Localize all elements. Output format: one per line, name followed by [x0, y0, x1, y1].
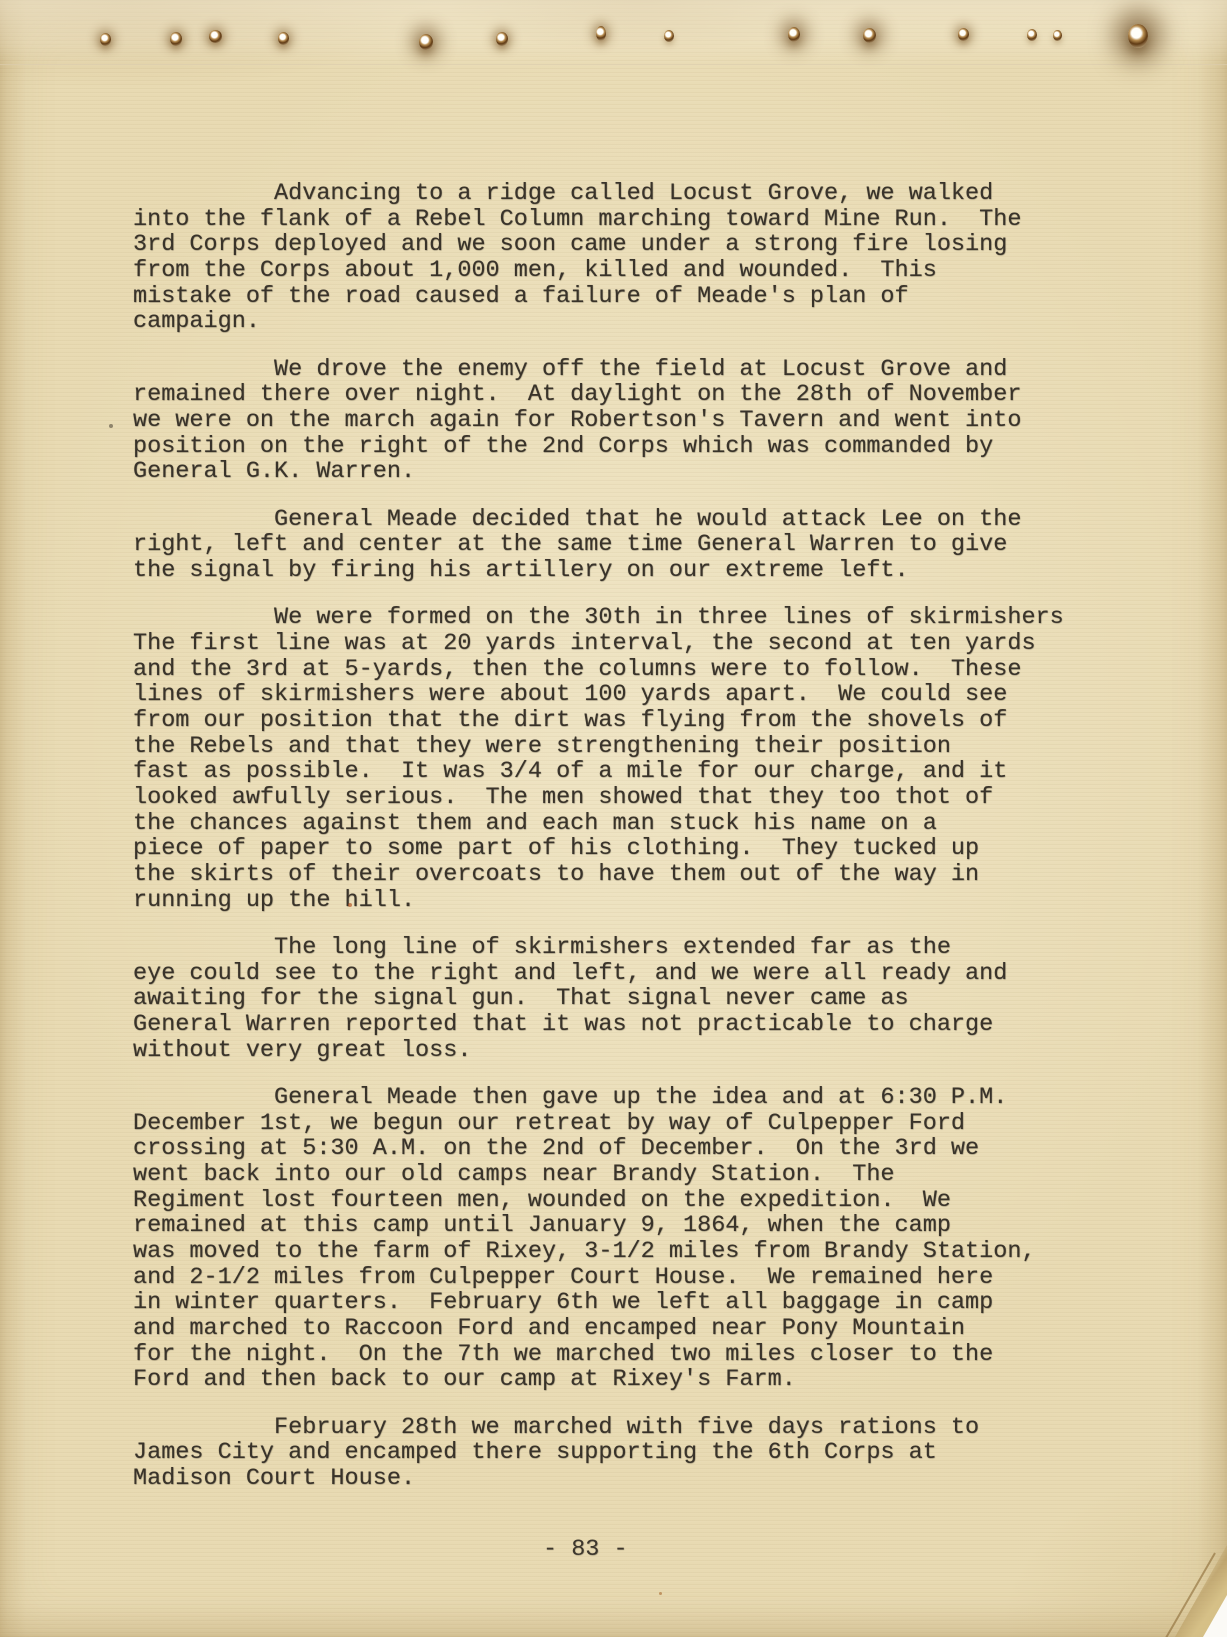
binding-hole	[958, 28, 969, 41]
binding-hole	[1027, 29, 1037, 41]
paragraph: We drove the enemy off the field at Locu…	[133, 357, 1064, 485]
text-line: running up the hill.	[133, 888, 1064, 914]
text-line: lines of skirmishers were about 100 yard…	[133, 682, 1064, 708]
text-line: Advancing to a ridge called Locust Grove…	[133, 181, 1064, 207]
text-line: Regiment lost fourteen men, wounded on t…	[133, 1188, 1064, 1214]
binding-hole	[1128, 24, 1148, 48]
paragraph: General Meade decided that he would atta…	[133, 507, 1064, 584]
text-line: the chances against them and each man st…	[133, 811, 1064, 837]
binding-hole	[596, 26, 606, 41]
text-line: General Meade decided that he would atta…	[133, 507, 1064, 533]
rust-speck	[348, 903, 352, 907]
binding-hole	[1053, 30, 1062, 41]
text-line: we were on the march again for Robertson…	[133, 408, 1064, 434]
typewritten-text: Advancing to a ridge called Locust Grove…	[133, 181, 1064, 1492]
text-line: crossing at 5:30 A.M. on the 2nd of Dece…	[133, 1136, 1064, 1162]
text-line: February 28th we marched with five days …	[133, 1415, 1064, 1441]
binding-hole	[496, 32, 508, 46]
text-line: remained there over night. At daylight o…	[133, 382, 1064, 408]
binding-hole	[170, 32, 182, 46]
text-line: without very great loss.	[133, 1038, 1064, 1064]
text-line: campaign.	[133, 309, 1064, 335]
text-line: mistake of the road caused a failure of …	[133, 284, 1064, 310]
stray-ink-dot	[109, 424, 113, 428]
rust-speck	[659, 1592, 662, 1595]
paragraph: General Meade then gave up the idea and …	[133, 1085, 1064, 1393]
text-line: went back into our old camps near Brandy…	[133, 1162, 1064, 1188]
text-line: from the Corps about 1,000 men, killed a…	[133, 258, 1064, 284]
text-line: General Warren reported that it was not …	[133, 1012, 1064, 1038]
text-line: right, left and center at the same time …	[133, 532, 1064, 558]
text-line: was moved to the farm of Rixey, 3-1/2 mi…	[133, 1239, 1064, 1265]
binding-crease	[0, 0, 1227, 65]
scanned-document-page: Advancing to a ridge called Locust Grove…	[0, 0, 1227, 1637]
text-line: The first line was at 20 yards interval,…	[133, 631, 1064, 657]
text-line: remained at this camp until January 9, 1…	[133, 1213, 1064, 1239]
text-line: from our position that the dirt was flyi…	[133, 708, 1064, 734]
text-line: eye could see to the right and left, and…	[133, 961, 1064, 987]
text-line: and the 3rd at 5-yards, then the columns…	[133, 657, 1064, 683]
binding-hole	[419, 34, 433, 50]
text-line: the Rebels and that they were strengthen…	[133, 734, 1064, 760]
binding-hole	[788, 27, 800, 42]
text-line: We were formed on the 30th in three line…	[133, 605, 1064, 631]
text-line: piece of paper to some part of his cloth…	[133, 836, 1064, 862]
text-line: fast as possible. It was 3/4 of a mile f…	[133, 759, 1064, 785]
text-line: for the night. On the 7th we marched two…	[133, 1342, 1064, 1368]
paragraph: Advancing to a ridge called Locust Grove…	[133, 181, 1064, 335]
text-line: awaiting for the signal gun. That signal…	[133, 986, 1064, 1012]
text-line: looked awfully serious. The men showed t…	[133, 785, 1064, 811]
text-line: We drove the enemy off the field at Locu…	[133, 357, 1064, 383]
binding-hole	[664, 30, 674, 42]
text-line: and marched to Raccoon Ford and encamped…	[133, 1316, 1064, 1342]
text-line: the signal by firing his artillery on ou…	[133, 558, 1064, 584]
binding-hole	[100, 33, 111, 46]
binding-hole	[863, 28, 876, 43]
binding-hole	[209, 30, 222, 43]
text-line: Ford and then back to our camp at Rixey'…	[133, 1367, 1064, 1393]
page-number: - 83 -	[543, 1537, 628, 1563]
text-line: the skirts of their overcoats to have th…	[133, 862, 1064, 888]
text-line: General G.K. Warren.	[133, 459, 1064, 485]
text-line: and 2-1/2 miles from Culpepper Court Hou…	[133, 1265, 1064, 1291]
text-line: Madison Court House.	[133, 1466, 1064, 1492]
paragraph: February 28th we marched with five days …	[133, 1415, 1064, 1492]
paragraph: We were formed on the 30th in three line…	[133, 605, 1064, 913]
text-line: James City and encamped there supporting…	[133, 1440, 1064, 1466]
text-line: December 1st, we begun our retreat by wa…	[133, 1111, 1064, 1137]
text-line: in winter quarters. February 6th we left…	[133, 1290, 1064, 1316]
binding-hole	[278, 32, 289, 45]
text-line: General Meade then gave up the idea and …	[133, 1085, 1064, 1111]
text-line: The long line of skirmishers extended fa…	[133, 935, 1064, 961]
text-line: position on the right of the 2nd Corps w…	[133, 434, 1064, 460]
text-line: 3rd Corps deployed and we soon came unde…	[133, 232, 1064, 258]
text-line: into the flank of a Rebel Column marchin…	[133, 207, 1064, 233]
paragraph: The long line of skirmishers extended fa…	[133, 935, 1064, 1063]
